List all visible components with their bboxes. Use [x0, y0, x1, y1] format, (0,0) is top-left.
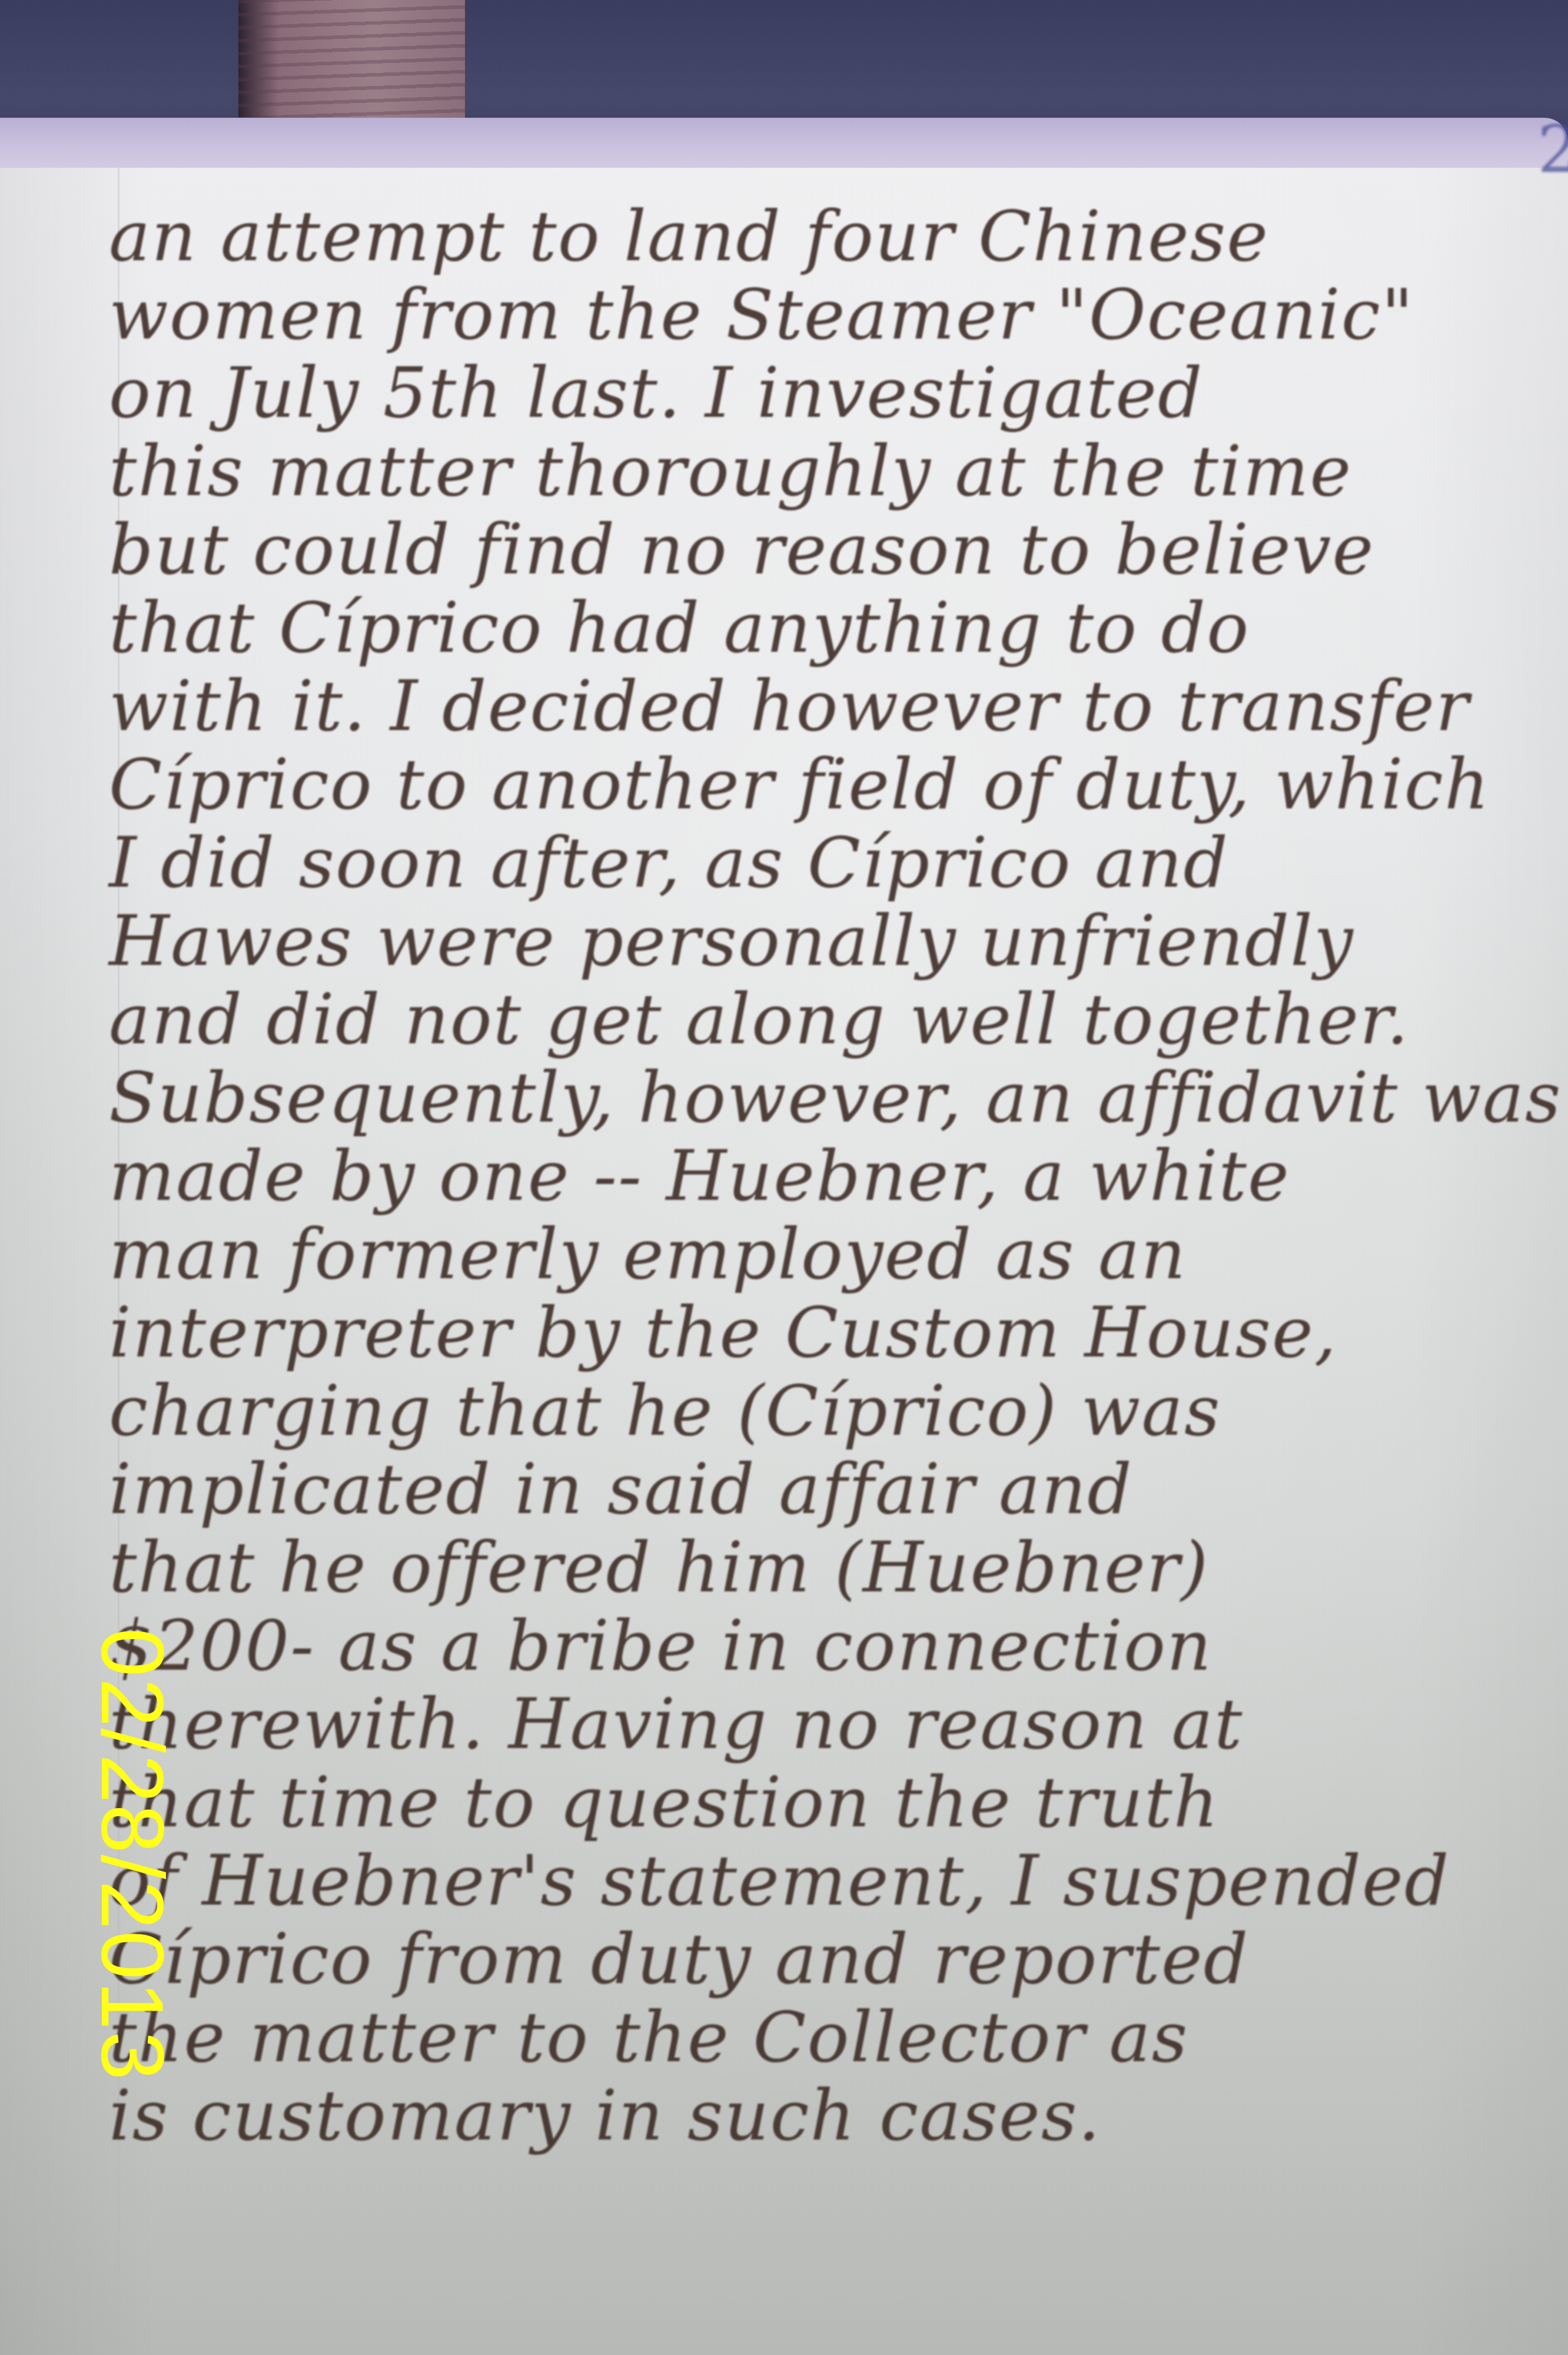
text-line: interpreter by the Custom House, [109, 1293, 1463, 1372]
text-line: on July 5th last. I investigated [109, 354, 1463, 432]
page-number: 2 [1537, 112, 1568, 187]
text-line: is customary in such cases. [109, 2077, 1463, 2155]
date-stamp-text: 02/28/2013 [88, 1628, 177, 2082]
text-line: that he offered him (Huebner) [109, 1528, 1463, 1607]
text-line: $200- as a bribe in connection [109, 1607, 1463, 1685]
camera-date-stamp: 02/28/2013 [88, 1643, 177, 2067]
text-line: an attempt to land four Chinese [109, 197, 1463, 276]
text-line: and did not get along well together. [109, 980, 1463, 1059]
text-line: Subsequently, however, an affidavit was [109, 1059, 1463, 1137]
text-line: the matter to the Collector as [109, 1998, 1463, 2077]
text-line: I did soon after, as Cíprico and [109, 824, 1463, 902]
text-line: that time to question the truth [109, 1763, 1463, 1842]
text-line: Hawes were personally unfriendly [109, 902, 1463, 980]
text-line: but could find no reason to believe [109, 510, 1463, 589]
text-line: this matter thoroughly at the time [109, 432, 1463, 510]
paper-top-edge [0, 118, 1568, 174]
text-line: man formerly employed as an [109, 1215, 1463, 1293]
handwritten-text: an attempt to land four Chinese women fr… [109, 197, 1463, 2155]
text-line: implicated in said affair and [109, 1450, 1463, 1528]
background-wood-strip [238, 0, 465, 121]
text-line: women from the Steamer "Oceanic" [109, 276, 1463, 354]
text-line: that Cíprico had anything to do [109, 589, 1463, 667]
text-line: made by one -- Huebner, a white [109, 1137, 1463, 1215]
text-line: charging that he (Cíprico) was [109, 1372, 1463, 1450]
text-line: Cíprico from duty and reported [109, 1920, 1463, 1998]
text-line: therewith. Having no reason at [109, 1685, 1463, 1763]
text-line: with it. I decided however to transfer [109, 667, 1463, 745]
text-line: Cíprico to another field of duty, which [109, 745, 1463, 824]
text-line: of Huebner's statement, I suspended [109, 1842, 1463, 1920]
